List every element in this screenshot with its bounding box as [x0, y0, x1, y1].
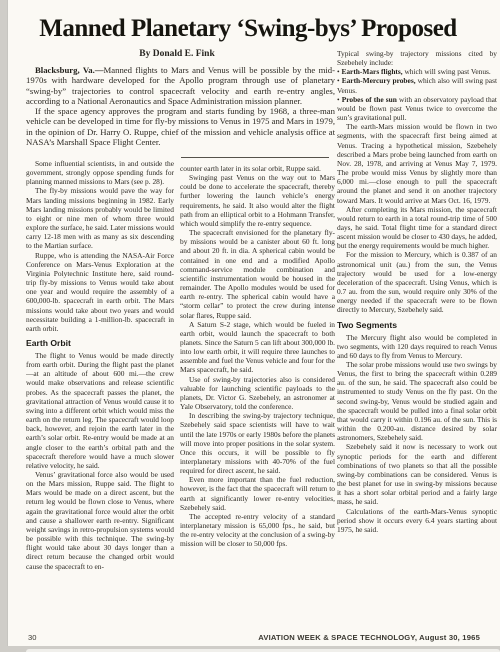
bullet-item: • Earth-Mercury probes, which also will … — [337, 76, 497, 94]
paragraph: If the space agency approves the program… — [26, 106, 335, 147]
page-footer: 30 AVIATION WEEK & SPACE TECHNOLOGY, Aug… — [28, 633, 480, 642]
section-heading: Earth Orbit — [26, 338, 174, 348]
paragraph-lead: Earth-Mars flights, — [341, 67, 402, 76]
bullet-item: • Probes of the sun with an observatory … — [337, 95, 497, 122]
column-divider-rule — [181, 157, 329, 158]
byline: By Donald E. Fink — [26, 49, 328, 59]
column-1: Some influential scientists, in and outs… — [26, 159, 174, 632]
journal-footer-line: AVIATION WEEK & SPACE TECHNOLOGY, August… — [258, 633, 480, 642]
paragraph: The solar probe missions would use two s… — [337, 360, 497, 442]
intro-column: Blacksburg, Va.—Manned flights to Mars a… — [26, 65, 335, 147]
article-page: Manned Planetary ‘Swing-bys’ Proposed By… — [7, 0, 500, 646]
paragraph: In describing the swing-by trajectory te… — [180, 411, 335, 475]
column-2: counter earth later in its solar orbit, … — [180, 155, 335, 632]
paragraph: Venus’ gravitational force also would be… — [26, 470, 174, 571]
paragraph: For the mission to Mercury, which is 0.3… — [337, 250, 497, 314]
paragraph: Some influential scientists, in and outs… — [26, 159, 174, 186]
paragraph-lead: Blacksburg, Va.— — [35, 65, 104, 75]
paragraph: The earth-Mars mission would be flown in… — [337, 122, 497, 204]
section-heading: Two Segments — [337, 320, 497, 330]
paragraph: The spacecraft envisioned for the planet… — [180, 228, 335, 320]
paragraph: Szebehely said it now is necessary to wo… — [337, 442, 497, 506]
paragraph-lead: Probes of the sun — [342, 95, 397, 104]
article-title: Manned Planetary ‘Swing-bys’ Proposed — [16, 15, 480, 43]
column-3: Typical swing-by trajectory missions cit… — [337, 49, 497, 632]
paragraph: Ruppe, who is attending the NASA-Air For… — [26, 251, 174, 333]
paragraph: A Saturn S-2 stage, which would be fuele… — [180, 320, 335, 375]
paragraph: After completing its Mars mission, the s… — [337, 205, 497, 251]
bullet-item: • Earth-Mars flights, which will swing p… — [337, 67, 497, 76]
paragraph: Even more important than the fuel reduct… — [180, 475, 335, 512]
paragraph: The flight to Venus would be made direct… — [26, 351, 174, 470]
page-number: 30 — [28, 633, 36, 642]
paragraph-lead: Earth-Mercury probes, — [342, 76, 416, 85]
paragraph: The Mercury flight also would be complet… — [337, 333, 497, 360]
scanned-magazine-viewport: { "colors": { "page_bg": "#fbf9f4", "sur… — [0, 0, 500, 652]
paragraph: The accepted re-entry velocity of a stan… — [180, 512, 335, 549]
paragraph: Calculations of the earth-Mars-Venus syn… — [337, 507, 497, 534]
paragraph: Swinging past Venus on the way out to Ma… — [180, 173, 335, 228]
paragraph: The fly-by missions would pave the way f… — [26, 186, 174, 250]
paragraph: counter earth later in its solar orbit, … — [180, 164, 335, 173]
paragraph: Use of swing-by trajectories also is con… — [180, 375, 335, 412]
paragraph: Typical swing-by trajectory missions cit… — [337, 49, 497, 67]
column-2-text: counter earth later in its solar orbit, … — [180, 164, 335, 549]
paragraph: Blacksburg, Va.—Manned flights to Mars a… — [26, 65, 335, 106]
